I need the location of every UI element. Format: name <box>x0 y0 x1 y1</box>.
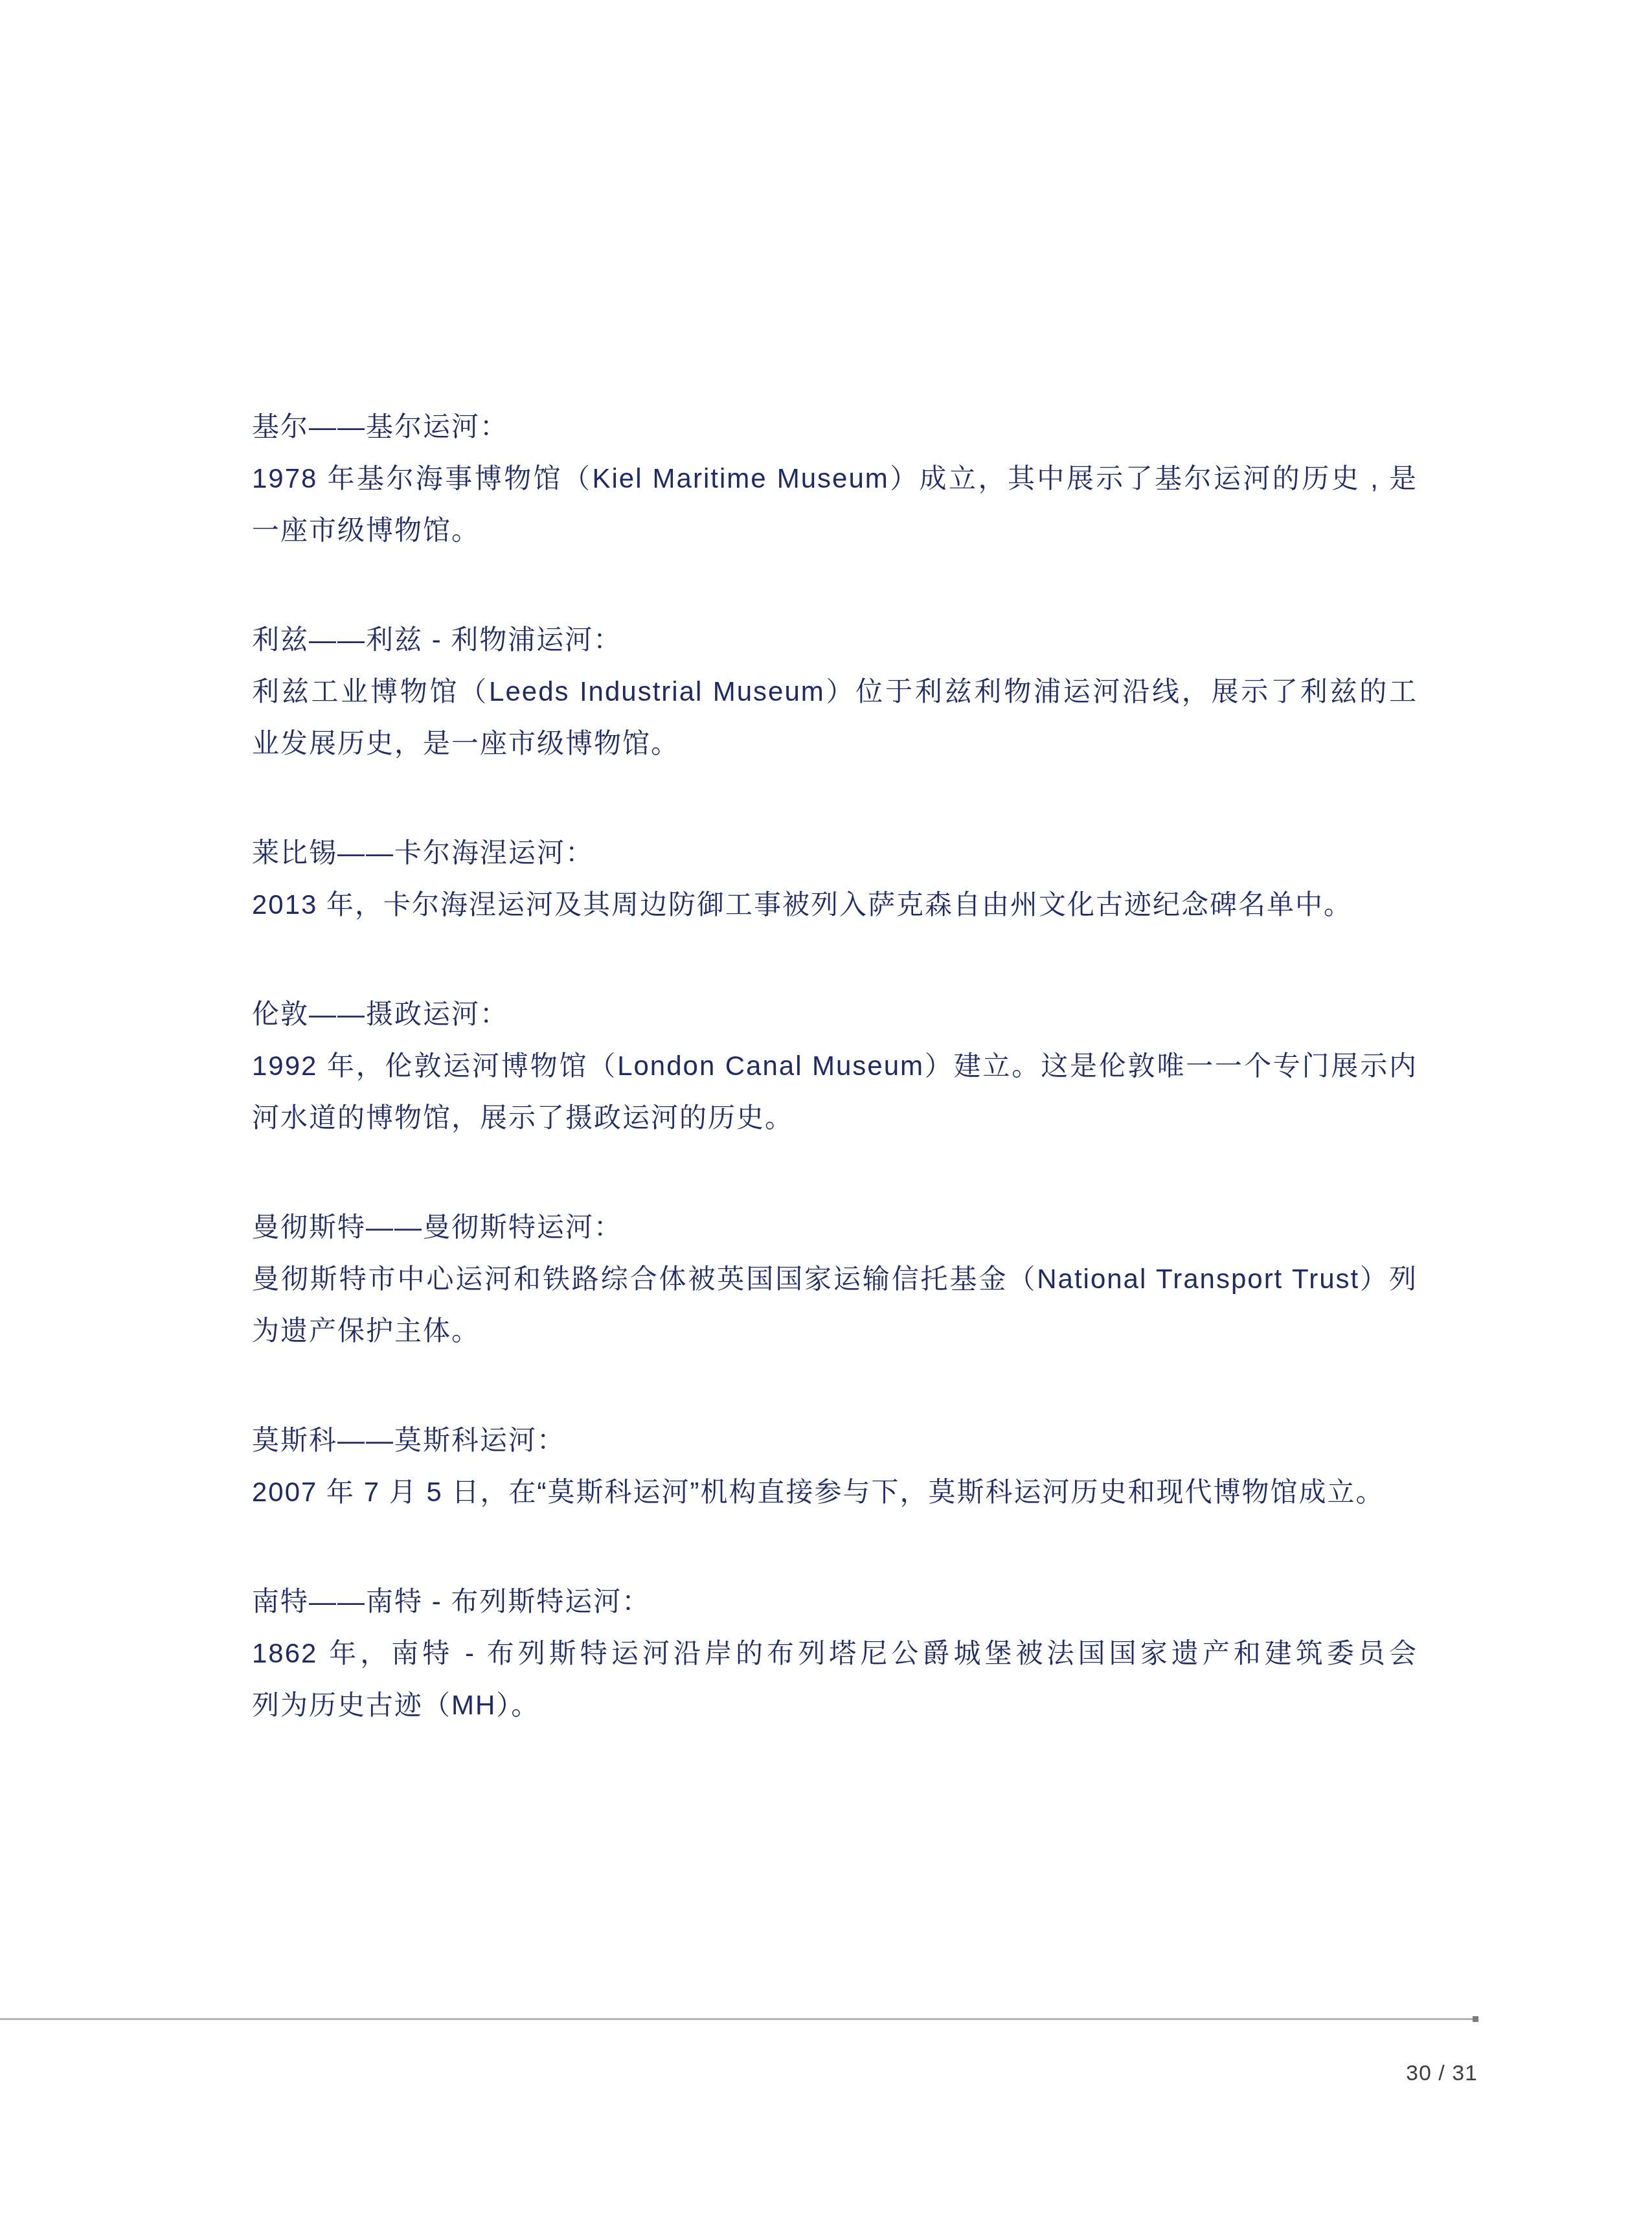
section-heading: 莱比锡——卡尔海涅运河： <box>252 827 1418 879</box>
content-area: 基尔——基尔运河：1978 年基尔海事博物馆（Kiel Maritime Mus… <box>252 401 1418 1731</box>
page-number: 30 / 31 <box>1406 2062 1478 2084</box>
paragraph-line: 1862 年，南特 - 布列斯特运河沿岸的布列塔尼公爵城堡被法国国家遗产和建筑委… <box>252 1628 1418 1679</box>
section-heading: 南特——南特 - 布列斯特运河： <box>252 1576 1418 1628</box>
canal-section: 莫斯科——莫斯科运河：2007 年 7 月 5 日，在“莫斯科运河”机构直接参与… <box>252 1414 1418 1518</box>
section-heading: 伦敦——摄政运河： <box>252 988 1418 1040</box>
paragraph-line: 河水道的博物馆，展示了摄政运河的历史。 <box>252 1092 1418 1144</box>
section-heading: 基尔——基尔运河： <box>252 401 1418 453</box>
paragraph-line: 为遗产保护主体。 <box>252 1305 1418 1357</box>
paragraph-line: 列为历史古迹（MH）。 <box>252 1679 1418 1731</box>
text-frame-divider <box>0 2018 1475 2020</box>
paragraph-line: 一座市级博物馆。 <box>252 505 1418 556</box>
paragraph-line: 2007 年 7 月 5 日，在“莫斯科运河”机构直接参与下，莫斯科运河历史和现… <box>252 1466 1418 1518</box>
paragraph-line: 曼彻斯特市中心运河和铁路综合体被英国国家运输信托基金（National Tran… <box>252 1253 1418 1305</box>
canal-section: 伦敦——摄政运河：1992 年，伦敦运河博物馆（London Canal Mus… <box>252 988 1418 1144</box>
canal-section: 曼彻斯特——曼彻斯特运河：曼彻斯特市中心运河和铁路综合体被英国国家运输信托基金（… <box>252 1201 1418 1357</box>
paragraph-line: 利兹工业博物馆（Leeds Industrial Museum）位于利兹利物浦运… <box>252 666 1418 718</box>
section-heading: 利兹——利兹 - 利物浦运河： <box>252 614 1418 666</box>
paragraph-line: 1992 年，伦敦运河博物馆（London Canal Museum）建立。这是… <box>252 1040 1418 1092</box>
paragraph-line: 业发展历史，是一座市级博物馆。 <box>252 718 1418 769</box>
canal-section: 基尔——基尔运河：1978 年基尔海事博物馆（Kiel Maritime Mus… <box>252 401 1418 556</box>
paragraph-line: 1978 年基尔海事博物馆（Kiel Maritime Museum）成立，其中… <box>252 453 1418 505</box>
document-page: 基尔——基尔运河：1978 年基尔海事博物馆（Kiel Maritime Mus… <box>0 0 1652 2226</box>
paragraph-line: 2013 年，卡尔海涅运河及其周边防御工事被列入萨克森自由州文化古迹纪念碑名单中… <box>252 879 1418 931</box>
section-heading: 曼彻斯特——曼彻斯特运河： <box>252 1201 1418 1253</box>
section-heading: 莫斯科——莫斯科运河： <box>252 1414 1418 1466</box>
frame-handle-dot <box>1473 2016 1478 2022</box>
canal-section: 利兹——利兹 - 利物浦运河：利兹工业博物馆（Leeds Industrial … <box>252 614 1418 769</box>
canal-section: 莱比锡——卡尔海涅运河：2013 年，卡尔海涅运河及其周边防御工事被列入萨克森自… <box>252 827 1418 931</box>
canal-section: 南特——南特 - 布列斯特运河：1862 年，南特 - 布列斯特运河沿岸的布列塔… <box>252 1576 1418 1731</box>
